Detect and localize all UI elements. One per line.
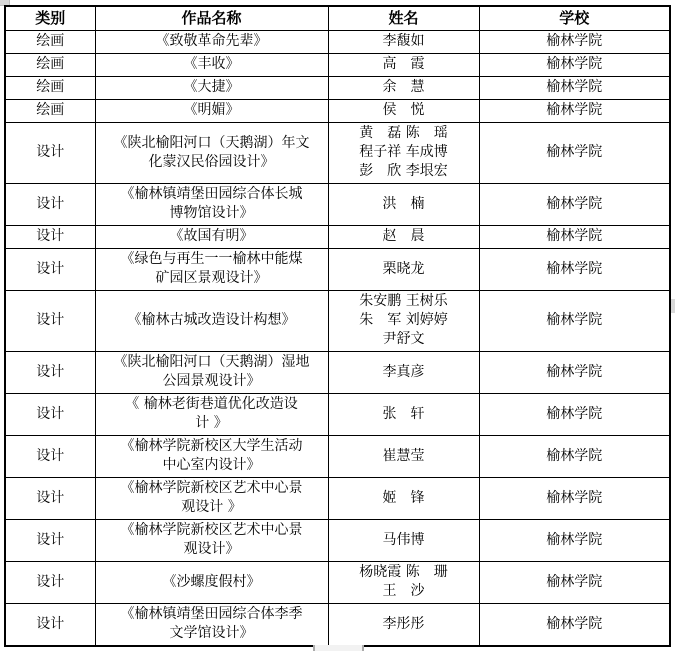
cell-name: 高 霞 [328, 54, 479, 77]
cell-work-title: 《故国有明》 [95, 226, 328, 249]
cell-name: 栗晓龙 [328, 249, 479, 291]
cell-name: 赵 晨 [328, 226, 479, 249]
table-row: 设计 《榆林镇靖堡田园综合体长城 博物馆设计》 洪 楠 榆林学院 [5, 184, 670, 226]
column-header-school: 学校 [479, 6, 670, 31]
table-row: 设计 《绿色与再生一一榆林中能煤 矿园区景观设计》 栗晓龙 榆林学院 [5, 249, 670, 291]
table-header-row: 类别 作品名称 姓名 学校 [5, 6, 670, 31]
cell-school: 榆林学院 [479, 31, 670, 54]
cell-school: 榆林学院 [479, 478, 670, 520]
cell-category: 绘画 [5, 100, 95, 123]
column-header-work-title: 作品名称 [95, 6, 328, 31]
right-edge-artifact [671, 299, 675, 313]
cell-name: 洪 楠 [328, 184, 479, 226]
cell-work-title: 《榆林学院新校区艺术中心景 观设计》 [95, 520, 328, 562]
cell-school: 榆林学院 [479, 226, 670, 249]
cell-category: 设计 [5, 226, 95, 249]
table-row: 绘画 《致敬革命先辈》 李馥如 榆林学院 [5, 31, 670, 54]
cell-work-title: 《榆林古城改造设计构想》 [95, 291, 328, 352]
table-body: 绘画 《致敬革命先辈》 李馥如 榆林学院 绘画 《丰收》 高 霞 榆林学院 绘画… [5, 31, 670, 647]
cell-work-title: 《榆林镇靖堡田园综合体李季 文学馆设计》 [95, 604, 328, 647]
cell-school: 榆林学院 [479, 54, 670, 77]
cell-category: 设计 [5, 291, 95, 352]
cell-name: 马伟博 [328, 520, 479, 562]
cell-name: 李彤彤 [328, 604, 479, 647]
table-row: 设计 《榆林学院新校区艺术中心景 观设计》 马伟博 榆林学院 [5, 520, 670, 562]
cell-school: 榆林学院 [479, 436, 670, 478]
cell-name: 朱安鹏 王树乐 朱 军 刘婷婷 尹舒文 [328, 291, 479, 352]
cell-work-title: 《大捷》 [95, 77, 328, 100]
cell-category: 设计 [5, 123, 95, 184]
cell-work-title: 《致敬革命先辈》 [95, 31, 328, 54]
cell-work-title: 《陕北榆阳河口（天鹅湖）湿地 公园景观设计》 [95, 352, 328, 394]
awards-table: 类别 作品名称 姓名 学校 绘画 《致敬革命先辈》 李馥如 榆林学院 绘画 《丰… [4, 5, 671, 647]
scrollbar-artifact [313, 645, 364, 651]
cell-name: 余 慧 [328, 77, 479, 100]
cell-work-title: 《绿色与再生一一榆林中能煤 矿园区景观设计》 [95, 249, 328, 291]
column-header-category: 类别 [5, 6, 95, 31]
cell-name: 侯 悦 [328, 100, 479, 123]
page: 类别 作品名称 姓名 学校 绘画 《致敬革命先辈》 李馥如 榆林学院 绘画 《丰… [0, 0, 675, 651]
cell-school: 榆林学院 [479, 520, 670, 562]
table-row: 设计 《榆林古城改造设计构想》 朱安鹏 王树乐 朱 军 刘婷婷 尹舒文 榆林学院 [5, 291, 670, 352]
cell-category: 设计 [5, 478, 95, 520]
cell-school: 榆林学院 [479, 352, 670, 394]
cell-school: 榆林学院 [479, 123, 670, 184]
cell-category: 设计 [5, 436, 95, 478]
table-row: 绘画 《丰收》 高 霞 榆林学院 [5, 54, 670, 77]
table-row: 设计 《榆林学院新校区艺术中心景 观设计 》 姬 锋 榆林学院 [5, 478, 670, 520]
table-row: 设计 《陕北榆阳河口（天鹅湖）年文 化蒙汉民俗园设计》 黄 磊 陈 瑶 程子祥 … [5, 123, 670, 184]
cell-category: 设计 [5, 520, 95, 562]
cell-school: 榆林学院 [479, 562, 670, 604]
cell-category: 设计 [5, 394, 95, 436]
table-row: 设计 《故国有明》 赵 晨 榆林学院 [5, 226, 670, 249]
cell-school: 榆林学院 [479, 394, 670, 436]
table-row: 设计 《陕北榆阳河口（天鹅湖）湿地 公园景观设计》 李真彦 榆林学院 [5, 352, 670, 394]
cell-name: 李馥如 [328, 31, 479, 54]
cell-school: 榆林学院 [479, 184, 670, 226]
cell-category: 设计 [5, 604, 95, 647]
cell-category: 绘画 [5, 31, 95, 54]
cell-name: 黄 磊 陈 瑶 程子祥 车成博 彭 欣 李垠宏 [328, 123, 479, 184]
table-row: 设计 《榆林学院新校区大学生活动 中心室内设计》 崔慧莹 榆林学院 [5, 436, 670, 478]
cell-school: 榆林学院 [479, 77, 670, 100]
cell-name: 杨晓霞 陈 珊 王 沙 [328, 562, 479, 604]
cell-category: 绘画 [5, 54, 95, 77]
cell-category: 设计 [5, 249, 95, 291]
table-row: 绘画 《明媚》 侯 悦 榆林学院 [5, 100, 670, 123]
table-row: 绘画 《大捷》 余 慧 榆林学院 [5, 77, 670, 100]
cell-name: 张 轩 [328, 394, 479, 436]
cell-work-title: 《榆林学院新校区艺术中心景 观设计 》 [95, 478, 328, 520]
cell-school: 榆林学院 [479, 100, 670, 123]
cell-category: 设计 [5, 352, 95, 394]
cell-school: 榆林学院 [479, 604, 670, 647]
cell-work-title: 《沙螺度假村》 [95, 562, 328, 604]
cell-category: 设计 [5, 562, 95, 604]
cell-name: 李真彦 [328, 352, 479, 394]
cell-school: 榆林学院 [479, 291, 670, 352]
cell-work-title: 《 榆林老街巷道优化改造设 计 》 [95, 394, 328, 436]
table-row: 设计 《 榆林老街巷道优化改造设 计 》 张 轩 榆林学院 [5, 394, 670, 436]
table-row: 设计 《沙螺度假村》 杨晓霞 陈 珊 王 沙 榆林学院 [5, 562, 670, 604]
cell-work-title: 《陕北榆阳河口（天鹅湖）年文 化蒙汉民俗园设计》 [95, 123, 328, 184]
cell-work-title: 《榆林学院新校区大学生活动 中心室内设计》 [95, 436, 328, 478]
cell-category: 设计 [5, 184, 95, 226]
cell-category: 绘画 [5, 77, 95, 100]
cell-work-title: 《榆林镇靖堡田园综合体长城 博物馆设计》 [95, 184, 328, 226]
cell-name: 姬 锋 [328, 478, 479, 520]
cell-name: 崔慧莹 [328, 436, 479, 478]
cell-work-title: 《丰收》 [95, 54, 328, 77]
cell-work-title: 《明媚》 [95, 100, 328, 123]
column-header-name: 姓名 [328, 6, 479, 31]
cell-school: 榆林学院 [479, 249, 670, 291]
table-row: 设计 《榆林镇靖堡田园综合体李季 文学馆设计》 李彤彤 榆林学院 [5, 604, 670, 647]
